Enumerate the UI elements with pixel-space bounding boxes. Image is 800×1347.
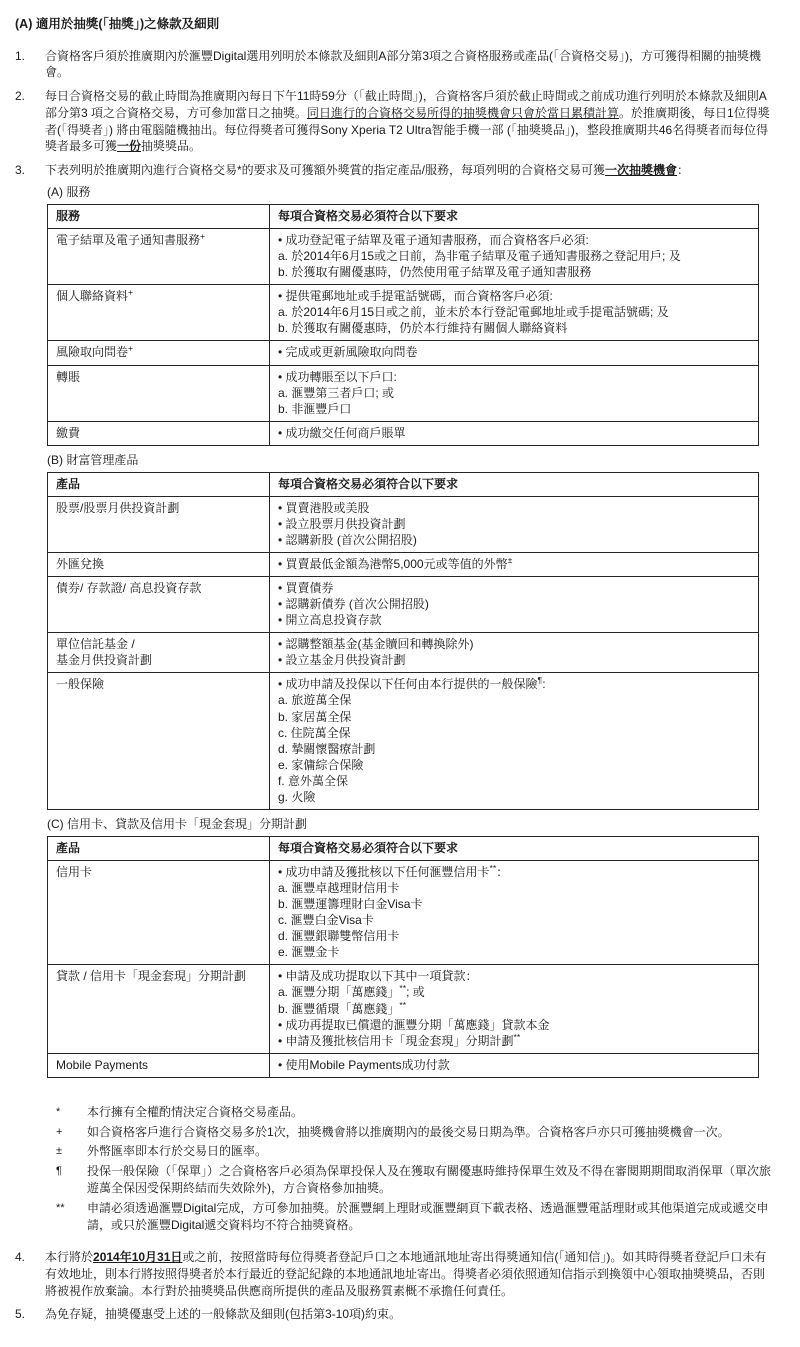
- text-segment: 為免存疑，抽獎優惠受上述的一般條款及細則(包括第3-10項)約束。: [45, 1307, 401, 1321]
- requirements-cell: • 買賣港股或美股• 設立股票月供投資計劃• 認購新股 (首次公開招股): [270, 496, 759, 552]
- text-segment: e. 家傭綜合保險: [278, 758, 363, 772]
- requirements-cell: • 買賣債券• 認購新債券 (首次公開招股)• 開立高息投資存款: [270, 577, 759, 633]
- text-segment: 電子結單及電子通知書服務: [56, 233, 200, 247]
- product-line: 股票/股票月供投資計劃: [56, 500, 261, 516]
- requirement-line: g. 火險: [278, 789, 750, 805]
- section-label: (A) 服務: [47, 184, 772, 201]
- text-segment: 轉賬: [56, 370, 80, 384]
- table-header-row: 產品每項合資格交易必須符合以下要求: [48, 472, 759, 496]
- text-segment: • 申請及獲批核信用卡「現金套現」分期計劃: [278, 1034, 514, 1048]
- table-header-row: 服務每項合資格交易必須符合以下要求: [48, 204, 759, 228]
- text-segment: 抽獎獎品。: [141, 139, 201, 153]
- requirement-line: e. 家傭綜合保險: [278, 757, 750, 773]
- text-segment: a. 滙豐卓越理財信用卡: [278, 881, 399, 895]
- requirements-cell: • 買賣最低金額為港幣5,000元或等值的外幣±: [270, 552, 759, 576]
- requirement-line: a. 滙豐第三者戶口; 或: [278, 385, 750, 401]
- text-segment: 一次抽獎機會: [605, 163, 677, 177]
- product-cell: 風險取向問卷+: [48, 341, 270, 365]
- text-segment: • 認購整額基金(基金贖回和轉換除外): [278, 637, 474, 651]
- product-line: 貸款 / 信用卡「現金套現」分期計劃: [56, 968, 261, 984]
- requirement-line: • 開立高息投資存款: [278, 612, 750, 628]
- table-section: (C) 信用卡、貸款及信用卡「現金套現」分期計劃產品每項合資格交易必須符合以下要…: [45, 816, 772, 1078]
- table-row: 貸款 / 信用卡「現金套現」分期計劃• 申請及成功提取以下其中一項貸款：a. 滙…: [48, 965, 759, 1053]
- footnote: *本行擁有全權酌情決定合資格交易產品。: [56, 1104, 772, 1121]
- item-body: 為免存疑，抽獎優惠受上述的一般條款及細則(包括第3-10項)約束。: [45, 1306, 772, 1325]
- text-segment: • 開立高息投資存款: [278, 613, 382, 627]
- text-segment: **: [399, 1000, 406, 1010]
- product-line: 信用卡: [56, 864, 261, 880]
- text-segment: • 成功繳交任何商戶賬單: [278, 426, 406, 440]
- text-segment: ：: [496, 865, 508, 879]
- requirement-line: e. 滙豐金卡: [278, 944, 750, 960]
- requirement-line: a. 滙豐卓越理財信用卡: [278, 880, 750, 896]
- requirements-header-cell: 每項合資格交易必須符合以下要求: [270, 204, 759, 228]
- table-row: 個人聯絡資料+• 提供電郵地址或手提電話號碼，而合資格客戶必須:a. 於2014…: [48, 285, 759, 341]
- text-segment: g. 火險: [278, 790, 315, 804]
- product-cell: 轉賬: [48, 365, 270, 421]
- table-row: 債券/ 存款證/ 高息投資存款• 買賣債券• 認購新債券 (首次公開招股)• 開…: [48, 577, 759, 633]
- requirement-line: • 成功登記電子結單及電子通知書服務，而合資格客戶必須:: [278, 232, 750, 248]
- requirement-line: d. 滙豐銀聯雙幣信用卡: [278, 928, 750, 944]
- eligibility-table: 產品每項合資格交易必須符合以下要求信用卡• 成功申請及獲批核以下任何滙豐信用卡*…: [47, 836, 759, 1078]
- table-row: 風險取向問卷+• 完成或更新風險取向問卷: [48, 341, 759, 365]
- footnote-symbol: *: [56, 1104, 87, 1121]
- footnote-text: 申請必須透過滙豐Digital完成，方可參加抽獎。於滙豐網上理財或滙豐網頁下載表…: [87, 1200, 772, 1234]
- product-cell: 繳費: [48, 421, 270, 445]
- item-number: 2.: [15, 88, 45, 157]
- requirement-line: • 認購新股 (首次公開招股): [278, 532, 750, 548]
- text-segment: 信用卡: [56, 865, 92, 879]
- requirement-line: • 申請及獲批核信用卡「現金套現」分期計劃**: [278, 1033, 750, 1049]
- text-segment: 個人聯絡資料: [56, 289, 128, 303]
- text-segment: a. 旅遊萬全保: [278, 693, 351, 707]
- item-body: 下表列明於推廣期內進行合資格交易*的要求及可獲額外獎賞的指定產品/服務，每項列明…: [45, 162, 772, 1084]
- table-header-row: 產品每項合資格交易必須符合以下要求: [48, 836, 759, 860]
- product-line: Mobile Payments: [56, 1057, 261, 1073]
- footnote-text: 投保一般保險（「保單」）之合資格客戶必須為保單投保人及在獲取有關優惠時維持保單生…: [87, 1163, 772, 1197]
- requirement-line: b. 於獲取有關優惠時，仍然使用電子結單及電子通知書服務: [278, 264, 750, 280]
- text-segment: b. 滙豐循環「萬應錢」: [278, 1002, 399, 1016]
- requirements-cell: • 認購整額基金(基金贖回和轉換除外)• 設立基金月供投資計劃: [270, 633, 759, 673]
- requirement-line: b. 非滙豐戶口: [278, 401, 750, 417]
- text-segment: • 成功登記電子結單及電子通知書服務，而合資格客戶必須:: [278, 233, 589, 247]
- terms-list: 1.合資格客戶須於推廣期內於滙豐Digital選用列明於本條款及細則A部分第3項…: [15, 48, 772, 1084]
- text-segment: 股票/股票月供投資計劃: [56, 501, 179, 515]
- text-segment: b. 於獲取有關優惠時，仍然使用電子結單及電子通知書服務: [278, 265, 591, 279]
- requirement-line: • 提供電郵地址或手提電話號碼，而合資格客戶必須:: [278, 288, 750, 304]
- text-segment: • 成功轉賬至以下戶口:: [278, 370, 397, 384]
- text-segment: +: [128, 343, 133, 353]
- product-cell: 一般保險: [48, 673, 270, 810]
- item-body: 每日合資格交易的截止時間為推廣期內每日下午11時59分（「截止時間」)，合資格客…: [45, 88, 772, 157]
- footnote: ±外幣匯率即本行於交易日的匯率。: [56, 1143, 772, 1160]
- text-segment: 下表列明於推廣期內進行合資格交易*的要求及可獲額外獎賞的指定產品/服務，每項列明…: [45, 163, 605, 177]
- product-line: 單位信託基金 /: [56, 636, 261, 652]
- requirement-line: • 買賣債券: [278, 580, 750, 596]
- text-segment: • 提供電郵地址或手提電話號碼，而合資格客戶必須:: [278, 289, 553, 303]
- requirements-cell: • 使用Mobile Payments成功付款: [270, 1053, 759, 1077]
- product-line: 風險取向問卷+: [56, 344, 261, 360]
- text-segment: d. 滙豐銀聯雙幣信用卡: [278, 929, 399, 943]
- text-segment: b. 於獲取有關優惠時，仍於本行維持有關個人聯絡資料: [278, 321, 567, 335]
- product-cell: 單位信託基金 /基金月供投資計劃: [48, 633, 270, 673]
- text-segment: 貸款 / 信用卡「現金套現」分期計劃: [56, 969, 246, 983]
- text-segment: b. 滙豐運籌理財白金Visa卡: [278, 897, 422, 911]
- requirements-header-cell: 每項合資格交易必須符合以下要求: [270, 472, 759, 496]
- text-segment: a. 滙豐第三者戶口; 或: [278, 386, 394, 400]
- text-segment: ; 或: [406, 985, 425, 999]
- requirement-line: • 設立基金月供投資計劃: [278, 652, 750, 668]
- text-segment: 債券/ 存款證/ 高息投資存款: [56, 581, 201, 595]
- requirement-line: b. 家居萬全保: [278, 709, 750, 725]
- requirements-cell: • 成功登記電子結單及電子通知書服務，而合資格客戶必須:a. 於2014年6月1…: [270, 228, 759, 284]
- table-section: (B) 財富管理產品產品每項合資格交易必須符合以下要求股票/股票月供投資計劃• …: [45, 452, 772, 810]
- footnote: +如合資格客戶進行合資格交易多於1次，抽獎機會將以推廣期內的最後交易日期為準。合…: [56, 1124, 772, 1141]
- product-cell: 個人聯絡資料+: [48, 285, 270, 341]
- footnote-symbol: **: [56, 1200, 87, 1234]
- requirement-line: f. 意外萬全保: [278, 773, 750, 789]
- product-line: 個人聯絡資料+: [56, 288, 261, 304]
- footnote-symbol: +: [56, 1124, 87, 1141]
- requirement-line: • 成功再提取已償還的滙豐分期「萬應錢」貸款本金: [278, 1017, 750, 1033]
- text-segment: +: [128, 287, 133, 297]
- footnotes: *本行擁有全權酌情決定合資格交易產品。+如合資格客戶進行合資格交易多於1次，抽獎…: [56, 1104, 772, 1234]
- requirement-line: • 認購新債券 (首次公開招股): [278, 596, 750, 612]
- text-segment: c. 住院萬全保: [278, 726, 351, 740]
- table-row: 電子結單及電子通知書服務+• 成功登記電子結單及電子通知書服務，而合資格客戶必須…: [48, 228, 759, 284]
- requirements-cell: • 提供電郵地址或手提電話號碼，而合資格客戶必須:a. 於2014年6月15日或…: [270, 285, 759, 341]
- text-segment: 本行將於: [45, 1250, 93, 1264]
- text-segment: • 設立基金月供投資計劃: [278, 653, 406, 667]
- requirements-cell: • 成功申請及獲批核以下任何滙豐信用卡**：a. 滙豐卓越理財信用卡b. 滙豐運…: [270, 860, 759, 964]
- text-segment: • 認購新債券 (首次公開招股): [278, 597, 429, 611]
- requirement-line: • 成功繳交任何商戶賬單: [278, 425, 750, 441]
- product-line: 電子結單及電子通知書服務+: [56, 232, 261, 248]
- product-cell: 債券/ 存款證/ 高息投資存款: [48, 577, 270, 633]
- requirements-header-cell: 每項合資格交易必須符合以下要求: [270, 836, 759, 860]
- requirement-line: c. 住院萬全保: [278, 725, 750, 741]
- text-segment: • 設立股票月供投資計劃: [278, 517, 406, 531]
- text-segment: • 成功申請及獲批核以下任何滙豐信用卡: [278, 865, 490, 879]
- product-line: 繳費: [56, 425, 261, 441]
- text-segment: 繳費: [56, 426, 80, 440]
- table-row: 外匯兌換• 買賣最低金額為港幣5,000元或等值的外幣±: [48, 552, 759, 576]
- term-item: 2.每日合資格交易的截止時間為推廣期內每日下午11時59分（「截止時間」)，合資…: [15, 88, 772, 157]
- text-segment: 一般保險: [56, 677, 104, 691]
- footnote-text: 本行擁有全權酌情決定合資格交易產品。: [87, 1104, 772, 1121]
- text-segment: • 買賣最低金額為港幣5,000元或等值的外幣: [278, 557, 508, 571]
- text-segment: • 成功申請及投保以下任何由本行提供的一般保險: [278, 677, 538, 691]
- table-row: 股票/股票月供投資計劃• 買賣港股或美股• 設立股票月供投資計劃• 認購新股 (…: [48, 496, 759, 552]
- table-row: 轉賬• 成功轉賬至以下戶口:a. 滙豐第三者戶口; 或b. 非滙豐戶口: [48, 365, 759, 421]
- item-body: 合資格客戶須於推廣期內於滙豐Digital選用列明於本條款及細則A部分第3項之合…: [45, 48, 772, 84]
- text-segment: +: [200, 231, 205, 241]
- footnote-symbol: ¶: [56, 1163, 87, 1197]
- item-paragraph: 每日合資格交易的截止時間為推廣期內每日下午11時59分（「截止時間」)，合資格客…: [45, 88, 772, 155]
- product-line: 外匯兌換: [56, 556, 261, 572]
- text-segment: :: [542, 677, 545, 691]
- product-header-cell: 服務: [48, 204, 270, 228]
- requirements-cell: • 成功申請及投保以下任何由本行提供的一般保險¶:a. 旅遊萬全保b. 家居萬全…: [270, 673, 759, 810]
- text-segment: • 完成或更新風險取向問卷: [278, 345, 418, 359]
- item-number: 5.: [15, 1306, 45, 1325]
- text-segment: • 使用Mobile Payments成功付款: [278, 1058, 450, 1072]
- item-paragraph: 合資格客戶須於推廣期內於滙豐Digital選用列明於本條款及細則A部分第3項之合…: [45, 48, 772, 82]
- item-body: 本行將於2014年10月31日或之前，按照當時每位得獎者登記戶口之本地通訊地址寄…: [45, 1249, 772, 1301]
- requirement-line: a. 於2014年6月15或之日前，為非電子結單及電子通知書服務之登記用戶; 及: [278, 248, 750, 264]
- text-segment: a. 滙豐分期「萬應錢」: [278, 985, 399, 999]
- doc-title: (A) 適用於抽獎(「抽獎」)之條款及細則: [15, 16, 772, 34]
- product-header-cell: 產品: [48, 472, 270, 496]
- footnote-text: 外幣匯率即本行於交易日的匯率。: [87, 1143, 772, 1160]
- requirement-line: • 買賣港股或美股: [278, 500, 750, 516]
- requirement-line: • 成功轉賬至以下戶口:: [278, 369, 750, 385]
- text-segment: e. 滙豐金卡: [278, 945, 339, 959]
- term-item: 4.本行將於2014年10月31日或之前，按照當時每位得獎者登記戶口之本地通訊地…: [15, 1249, 772, 1301]
- table-row: Mobile Payments• 使用Mobile Payments成功付款: [48, 1053, 759, 1077]
- requirement-line: • 設立股票月供投資計劃: [278, 516, 750, 532]
- item-number: 1.: [15, 48, 45, 84]
- requirement-line: • 認購整額基金(基金贖回和轉換除外): [278, 636, 750, 652]
- text-segment: **: [514, 1032, 521, 1042]
- product-cell: Mobile Payments: [48, 1053, 270, 1077]
- requirement-line: a. 於2014年6月15日或之前，並未於本行登記電郵地址或手提電話號碼; 及: [278, 304, 750, 320]
- requirement-line: b. 於獲取有關優惠時，仍於本行維持有關個人聯絡資料: [278, 320, 750, 336]
- text-segment: • 買賣債券: [278, 581, 334, 595]
- text-segment: d. 摯關懷醫療計劃: [278, 742, 375, 756]
- product-cell: 信用卡: [48, 860, 270, 964]
- text-segment: ±: [508, 555, 513, 565]
- text-segment: c. 滙豐白金Visa卡: [278, 913, 374, 927]
- text-segment: 風險取向問卷: [56, 345, 128, 359]
- requirement-line: b. 滙豐運籌理財白金Visa卡: [278, 896, 750, 912]
- term-item: 1.合資格客戶須於推廣期內於滙豐Digital選用列明於本條款及細則A部分第3項…: [15, 48, 772, 84]
- product-cell: 股票/股票月供投資計劃: [48, 496, 270, 552]
- item-paragraph: 本行將於2014年10月31日或之前，按照當時每位得獎者登記戶口之本地通訊地址寄…: [45, 1249, 772, 1299]
- item-paragraph: 下表列明於推廣期內進行合資格交易*的要求及可獲額外獎賞的指定產品/服務，每項列明…: [45, 162, 772, 179]
- section-label: (C) 信用卡、貸款及信用卡「現金套現」分期計劃: [47, 816, 772, 833]
- section-label: (B) 財富管理產品: [47, 452, 772, 469]
- footnote-text: 如合資格客戶進行合資格交易多於1次，抽獎機會將以推廣期內的最後交易日期為準。合資…: [87, 1124, 772, 1141]
- text-segment: Mobile Payments: [56, 1058, 148, 1072]
- requirement-line: • 完成或更新風險取向問卷: [278, 344, 750, 360]
- text-segment: 合資格客戶須於推廣期內於滙豐Digital選用列明於本條款及細則A部分第3項之合…: [45, 49, 761, 80]
- document-page: (A) 適用於抽獎(「抽獎」)之條款及細則 1.合資格客戶須於推廣期內於滙豐Di…: [0, 0, 800, 1347]
- requirement-line: d. 摯關懷醫療計劃: [278, 741, 750, 757]
- table-row: 繳費• 成功繳交任何商戶賬單: [48, 421, 759, 445]
- table-row: 信用卡• 成功申請及獲批核以下任何滙豐信用卡**：a. 滙豐卓越理財信用卡b. …: [48, 860, 759, 964]
- product-line: 基金月供投資計劃: [56, 652, 261, 668]
- term-item: 5.為免存疑，抽獎優惠受上述的一般條款及細則(包括第3-10項)約束。: [15, 1306, 772, 1325]
- text-segment: 外匯兌換: [56, 557, 104, 571]
- text-segment: ：: [677, 163, 689, 177]
- product-cell: 電子結單及電子通知書服務+: [48, 228, 270, 284]
- text-segment: • 認購新股 (首次公開招股): [278, 533, 417, 547]
- text-segment: • 申請及成功提取以下其中一項貸款：: [278, 969, 478, 983]
- product-cell: 外匯兌換: [48, 552, 270, 576]
- eligibility-table: 產品每項合資格交易必須符合以下要求股票/股票月供投資計劃• 買賣港股或美股• 設…: [47, 472, 759, 810]
- text-segment: b. 非滙豐戶口: [278, 402, 351, 416]
- requirement-line: b. 滙豐循環「萬應錢」**: [278, 1001, 750, 1017]
- text-segment: b. 家居萬全保: [278, 710, 351, 724]
- text-segment: a. 於2014年6月15或之日前，為非電子結單及電子通知書服務之登記用戶; 及: [278, 249, 681, 263]
- requirement-line: c. 滙豐白金Visa卡: [278, 912, 750, 928]
- requirement-line: • 使用Mobile Payments成功付款: [278, 1057, 750, 1073]
- requirements-cell: • 申請及成功提取以下其中一項貸款：a. 滙豐分期「萬應錢」**; 或b. 滙豐…: [270, 965, 759, 1053]
- table-row: 一般保險• 成功申請及投保以下任何由本行提供的一般保險¶:a. 旅遊萬全保b. …: [48, 673, 759, 810]
- requirement-line: • 買賣最低金額為港幣5,000元或等值的外幣±: [278, 556, 750, 572]
- product-line: 一般保險: [56, 676, 261, 692]
- product-header-cell: 產品: [48, 836, 270, 860]
- requirements-cell: • 成功轉賬至以下戶口:a. 滙豐第三者戶口; 或b. 非滙豐戶口: [270, 365, 759, 421]
- product-cell: 貸款 / 信用卡「現金套現」分期計劃: [48, 965, 270, 1053]
- footnote: ¶投保一般保險（「保單」）之合資格客戶必須為保單投保人及在獲取有關優惠時維持保單…: [56, 1163, 772, 1197]
- footnote-symbol: ±: [56, 1143, 87, 1160]
- requirement-line: • 成功申請及獲批核以下任何滙豐信用卡**：: [278, 864, 750, 880]
- requirement-line: a. 滙豐分期「萬應錢」**; 或: [278, 984, 750, 1000]
- footnote: **申請必須透過滙豐Digital完成，方可參加抽獎。於滙豐網上理財或滙豐網頁下…: [56, 1200, 772, 1234]
- requirement-line: a. 旅遊萬全保: [278, 692, 750, 708]
- text-segment: • 成功再提取已償還的滙豐分期「萬應錢」貸款本金: [278, 1018, 550, 1032]
- text-segment: • 買賣港股或美股: [278, 501, 370, 515]
- product-line: 轉賬: [56, 369, 261, 385]
- term-item: 3.下表列明於推廣期內進行合資格交易*的要求及可獲額外獎賞的指定產品/服務，每項…: [15, 162, 772, 1084]
- requirement-line: • 申請及成功提取以下其中一項貸款：: [278, 968, 750, 984]
- text-segment: 同日進行的合資格交易所得的抽獎機會只會於當日累積計算: [307, 106, 619, 120]
- item-paragraph: 為免存疑，抽獎優惠受上述的一般條款及細則(包括第3-10項)約束。: [45, 1306, 772, 1323]
- product-line: 債券/ 存款證/ 高息投資存款: [56, 580, 261, 596]
- requirements-cell: • 完成或更新風險取向問卷: [270, 341, 759, 365]
- text-segment: f. 意外萬全保: [278, 774, 348, 788]
- table-row: 單位信託基金 /基金月供投資計劃• 認購整額基金(基金贖回和轉換除外)• 設立基…: [48, 633, 759, 673]
- requirements-cell: • 成功繳交任何商戶賬單: [270, 421, 759, 445]
- item-number: 4.: [15, 1249, 45, 1301]
- text-segment: 單位信託基金 /: [56, 637, 135, 651]
- requirement-line: • 成功申請及投保以下任何由本行提供的一般保險¶:: [278, 676, 750, 692]
- eligibility-table: 服務每項合資格交易必須符合以下要求電子結單及電子通知書服務+• 成功登記電子結單…: [47, 204, 759, 446]
- item-number: 3.: [15, 162, 45, 1084]
- text-segment: 2014年10月31日: [93, 1250, 182, 1264]
- table-section: (A) 服務服務每項合資格交易必須符合以下要求電子結單及電子通知書服務+• 成功…: [45, 184, 772, 446]
- text-segment: 基金月供投資計劃: [56, 653, 152, 667]
- closing-terms-list: 4.本行將於2014年10月31日或之前，按照當時每位得獎者登記戶口之本地通訊地…: [15, 1249, 772, 1324]
- text-segment: a. 於2014年6月15日或之前，並未於本行登記電郵地址或手提電話號碼; 及: [278, 305, 669, 319]
- text-segment: 一份: [117, 139, 141, 153]
